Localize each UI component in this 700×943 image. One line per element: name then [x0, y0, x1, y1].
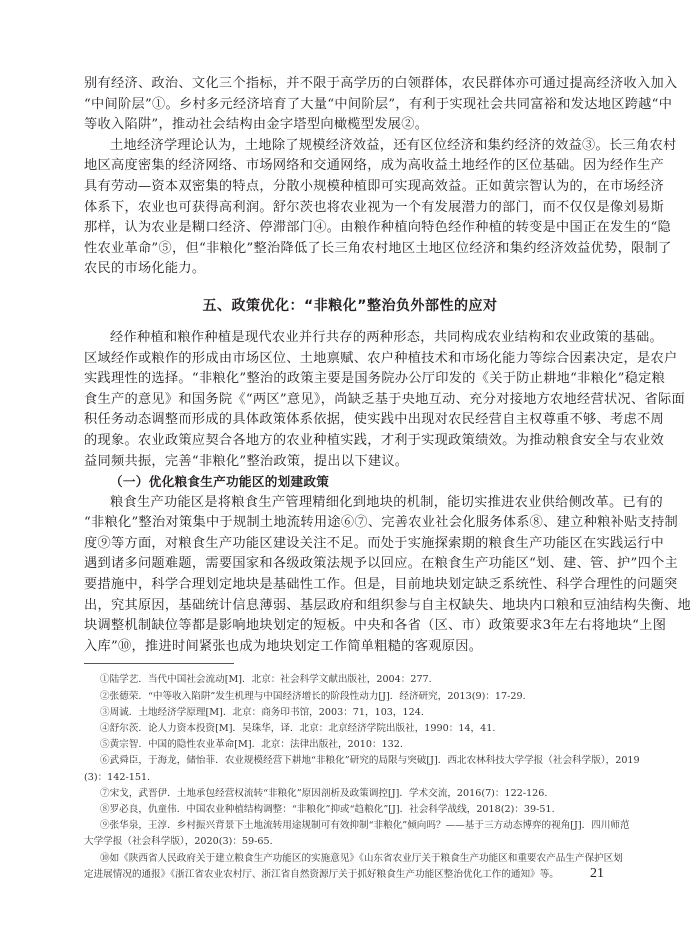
text-line: “非粮化”整治对策集中于规制土地流转用途⑥⑦、完善农业社会化服务体系⑧、建立种粮… — [84, 513, 616, 534]
text-line: 遇到诸多问题难题，需要国家和各级政策法规予以回应。在粮食生产功能区“划、建、管、… — [84, 554, 616, 575]
text-line: “中间阶层”①。乡村多元经济培育了大量“中间阶层”，有利于实现社会共同富裕和发达… — [84, 95, 616, 116]
text-line: 经作种植和粮作种植是现代农业并行共存的两种形态，共同构成农业结构和农业政策的基础… — [84, 328, 616, 349]
text-line: 要措施中，科学合理划定地块是基础性工作。但是，目前地块划定缺乏系统性、科学合理性… — [84, 575, 616, 596]
subsection-heading: （一）优化粮食生产功能区的划建政策 — [84, 472, 616, 493]
footnote-10: ⑩如《陕西省人民政府关于建立粮食生产功能区的实施意见》《山东省农业厅关于粮食生产… — [84, 851, 616, 867]
text-line: 具有劳动—资本双密集的特点，分散小规模种植即可实现高效益。正如黄宗智认为的，在市… — [84, 177, 616, 198]
text-line: 地区高度密集的经济网络、市场网络和交通网络，成为高收益土地经作的区位基础。因为经… — [84, 156, 616, 177]
page-number: 21 — [590, 866, 604, 882]
paper-page-body: 别有经济、政治、文化三个指标，并不限于高学历的白领群体，农民群体亦可通过提高经济… — [84, 74, 616, 883]
body-paragraph-2: 土地经济学理论认为，土地除了规模经济效益，还有区位经济和集约经济的效益③。长三角… — [84, 136, 616, 280]
body-paragraph-4: 粮食生产功能区是将粮食生产管理精细化到地块的机制，能切实推进农业供给侧改革。已有… — [84, 493, 616, 658]
footnotes: ①陆学艺．当代中国社会流动[M]．北京：社会科学文献出版社，2004：277. … — [84, 672, 616, 882]
footnote-4: ④舒尔茨．论人力资本投资[M]．吴珠华，译．北京：北京经济学院出版社，1990：… — [84, 721, 616, 737]
footnote-6-continued: (3)：142-151. — [84, 770, 616, 786]
text-line: 块调整机制缺位等都是影响地块划定的短板。中央和各省（区、市）政策要求3年左右将地… — [84, 616, 616, 637]
text-line: 区域经作或粮作的形成由市场区位、土地禀赋、农户种植技术和市场化能力等综合因素决定… — [84, 349, 616, 370]
footnote-1: ①陆学艺．当代中国社会流动[M]．北京：社会科学文献出版社，2004：277. — [84, 672, 616, 688]
footnote-6: ⑥武舜臣，于海龙，储怡菲．农业规模经营下耕地“非粮化”研究的局限与突破[J]．西… — [84, 753, 616, 769]
footnote-2: ②张德荣．“中等收入陷阱”发生机理与中国经济增长的阶段性动力[J]．经济研究，2… — [84, 689, 616, 705]
text-line: 实践理性的选择。“非粮化”整治的政策主要是国务院办公厅印发的《关于防止耕地“非粮… — [84, 369, 616, 390]
text-line: 出，究其原因，基础统计信息薄弱、基层政府和组织参与自主权缺失、地块内口粮和豆油结… — [84, 596, 616, 617]
footnote-9: ⑨张华泉，王淳．乡村振兴背景下土地流转用途规制可有效抑制“非粮化”倾向吗？——基… — [84, 818, 616, 834]
footnote-divider — [84, 663, 234, 664]
footnote-5: ⑤黄宗智．中国的隐性农业革命[M]．北京：法律出版社，2010：132. — [84, 737, 616, 753]
text-line: 等收入陷阱”，推动社会结构由金字塔型向橄榄型发展②。 — [84, 115, 616, 136]
footnote-8: ⑧罗必良，仇童伟．中国农业种植结构调整：“非粮化”抑或“趋粮化”[J]．社会科学… — [84, 802, 616, 818]
footnote-3: ③周诚．土地经济学原理[M]．北京：商务印书馆，2003：71，103，124. — [84, 705, 616, 721]
section-heading: 五、政策优化：“非粮化”整治负外部性的应对 — [84, 296, 616, 316]
text-line: 体系下，农业也可获得高利润。舒尔茨也将农业视为一个有发展潜力的部门，而不仅仅是像… — [84, 198, 616, 219]
text-line: 那样，认为农业是糊口经济、停滞部门④。由粮作种植向特色经作种植的转变是中国正在发… — [84, 218, 616, 239]
footnote-7: ⑦宋戈，武晋伊．土地承包经营权流转“非粮化”原因剖析及政策调控[J]．学术交流，… — [84, 786, 616, 802]
body-paragraph-3: 经作种植和粮作种植是现代农业并行共存的两种形态，共同构成农业结构和农业政策的基础… — [84, 328, 616, 472]
body-paragraph-1: 别有经济、政治、文化三个指标，并不限于高学历的白领群体，农民群体亦可通过提高经济… — [84, 74, 616, 136]
footnote-10-continued: 定进展情况的通报》《浙江省农业农村厅、浙江省自然资源厅关于抓好粮食生产功能区整治… — [84, 867, 616, 883]
text-line: 别有经济、政治、文化三个指标，并不限于高学历的白领群体，农民群体亦可通过提高经济… — [84, 74, 616, 95]
text-line: 食生产的意见》和国务院《“两区”意见》，尚缺乏基于央地互动、充分对接地方农地经营… — [84, 390, 616, 411]
text-line: 积任务动态调整而形成的具体政策体系依据，使实践中出现对农民经营自主权尊重不够、考… — [84, 410, 616, 431]
footnote-9-continued: 大学学报（社会科学版），2020(3)：59-65. — [84, 834, 616, 850]
text-line: 性农业革命”⑤，但“非粮化”整治降低了长三角农村地区土地区位经济和集约经济效益优… — [84, 239, 616, 260]
text-line: 入库”⑩，推进时间紧张也成为地块划定工作简单粗糙的客观原因。 — [84, 637, 616, 658]
text-line: 农民的市场化能力。 — [84, 259, 616, 280]
text-line: 益同频共振，完善“非粮化”整治政策，提出以下建议。 — [84, 452, 616, 473]
text-line: 粮食生产功能区是将粮食生产管理精细化到地块的机制，能切实推进农业供给侧改革。已有… — [84, 493, 616, 514]
text-line: 的现象。农业政策应契合各地方的农业种植实践，才利于实现政策绩效。为推动粮食安全与… — [84, 431, 616, 452]
text-line: 土地经济学理论认为，土地除了规模经济效益，还有区位经济和集约经济的效益③。长三角… — [84, 136, 616, 157]
text-line: 度⑨等方面，对粮食生产功能区建设关注不足。而处于实施探索期的粮食生产功能区在实践… — [84, 534, 616, 555]
